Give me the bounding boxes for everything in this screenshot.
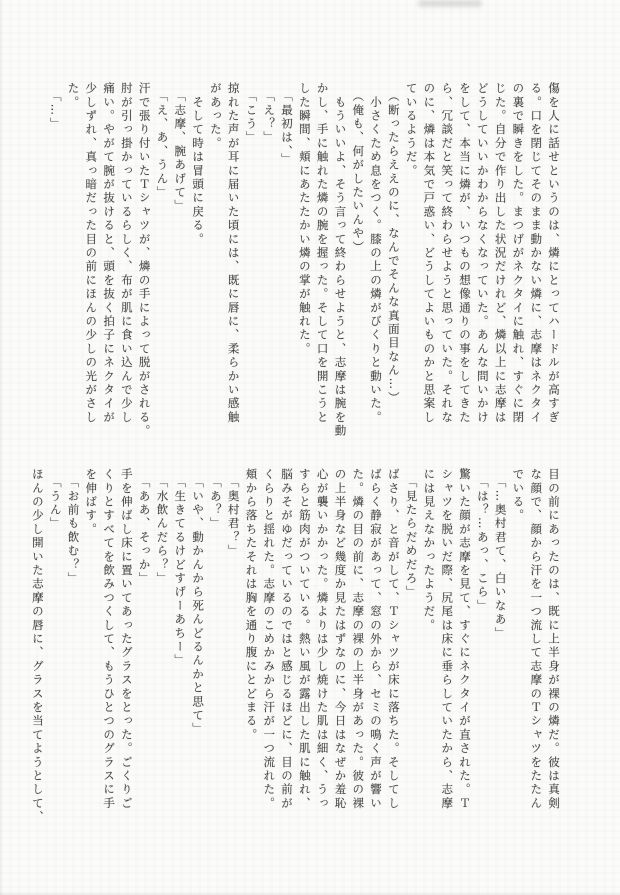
scan-edge-shadow-bottom: [0, 891, 620, 895]
text-column: をして、本当に燐が、いつもの想像通りの事をしてきた: [455, 82, 473, 460]
text-column: くらりと揺れた。志摩のこめかみから汗が一つ流れた。: [259, 468, 277, 846]
text-column: くりとすべてを飲みつくして、もうひとつのグラスに手: [99, 468, 117, 846]
text-column: 「最初は、」: [277, 82, 295, 460]
text-column: ほんの少し開いた志摩の唇に、グラスを当てようとして、: [28, 468, 46, 846]
text-column: 肘が引っ掛かっているらしく、布が肌に食い込んで少し: [117, 82, 135, 460]
text-column: 「水飲んだら？」: [153, 468, 171, 846]
text-column: の裏で瞬きをした。まつげがネクタイに触れ、すぐに閉: [509, 82, 527, 460]
text-column: 「お前も飲む？」: [64, 468, 82, 846]
text-column: の上半身など幾度か見たはずなのに、今日はなぜか羞恥: [331, 468, 349, 846]
text-column: 「ああ、そっか」: [135, 468, 153, 846]
text-column: 「こう」: [242, 82, 260, 460]
text-column: 「奥村君？」: [224, 468, 242, 846]
text-column: ら、冗談だと笑って終わらせようと思っていた。それな: [437, 82, 455, 460]
text-column: た。燐の目の前に、志摩の裸の上半身があった。彼の裸: [348, 468, 366, 846]
text-column: 「いや、動かんから死んどるんかと思て」: [188, 468, 206, 846]
text-column: 「え、あ、うん」: [153, 82, 171, 460]
text-column: には見えなかったようだ。: [420, 468, 438, 846]
text-column: 驚いた顔が志摩を見て、すぐにネクタイが直された。Ｔ: [455, 468, 473, 846]
text-column: ばさり、と音がして、Ｔシャツが床に落ちた。そしてし: [384, 468, 402, 846]
text-block-scene-2: 目の前にあったのは、既に上半身が裸の燐だ。彼は真剣な顔で、顔から汗を一つ流して志…: [28, 468, 562, 846]
text-column: 「志摩、腕あげて」: [170, 82, 188, 460]
text-column: 「見たらだめだろ」: [402, 468, 420, 846]
text-column: （俺も、何がしたいんや）: [348, 82, 366, 460]
text-column: （断ったらええのに、なんでそんな真面目なん…）: [384, 82, 402, 460]
text-column: る。口を閉じてそのまま動かない燐に、志摩はネクタイ: [526, 82, 544, 460]
text-column: 小さくため息をつく。膝の上の燐がびくりと動いた。: [366, 82, 384, 460]
text-column: でいる。: [509, 468, 527, 846]
text-column: 少しずれ、真っ暗だった目の前にほんの少しの光がさし: [81, 82, 99, 460]
text-column: 傷を人に話せというのは、燐にとってハードルが高すぎ: [544, 82, 562, 460]
text-column: ているようだ。: [402, 82, 420, 460]
text-block-scene-1: 傷を人に話せというのは、燐にとってハードルが高すぎる。口を閉じてそのまま動かない…: [46, 82, 562, 460]
text-column: 掠れた声が耳に届いた頃には、既に唇に、柔らかい感触: [224, 82, 242, 460]
text-column: もういいよ、そう言って終わらせようと、志摩は腕を動: [331, 82, 349, 460]
text-column: かし、手に触れた燐の腕を握った。そして口を開こうと: [313, 82, 331, 460]
text-column: じた。自分で作り出した状況だけれど、燐以上に志摩は: [491, 82, 509, 460]
text-column: た。: [64, 82, 82, 460]
text-column: 頬から落ちたそれは胸を通り腹にとどまる。: [242, 468, 260, 846]
text-column: 「え？」: [259, 82, 277, 460]
text-column: 手を伸ばし床に置いてあったグラスをとった。ごくりご: [117, 468, 135, 846]
text-column: のに、燐は本気で戸惑い、どうしてよいものかと思案し: [420, 82, 438, 460]
text-column: すらと筋肉がついている。熱い風が露出した肌に触れ、: [295, 468, 313, 846]
text-column: した瞬間、頬にあたたかい燐の掌が触れた。: [295, 82, 313, 460]
text-column: 痛い。やがて腕が抜けると、頭を抜く拍子にネクタイが: [99, 82, 117, 460]
text-column: 「うん」: [46, 468, 64, 846]
text-column: な顔で、顔から汗を一つ流して志摩のＴシャツをたたん: [526, 468, 544, 846]
text-column: どうしていいかわからなくなっていた。あんな問いかけ: [473, 82, 491, 460]
scan-edge-shadow-left: [0, 0, 3, 895]
text-column: ばらく静寂があって、窓の外から、セミの鳴く声が響い: [366, 468, 384, 846]
text-column: 汗で張り付いたＴシャツが、燐の手によって脱がされる。: [135, 82, 153, 460]
text-column: 「生きてるけどすげーあちー」: [170, 468, 188, 846]
scan-smudge: [418, 0, 482, 7]
text-column: 脳みそがゆだっているのではと感じるほどに、目の前が: [277, 468, 295, 846]
text-column: 「は？…あっ、こら」: [473, 468, 491, 846]
text-column: 「あ？」: [206, 468, 224, 846]
text-column: を伸ばす。: [81, 468, 99, 846]
text-column: 目の前にあったのは、既に上半身が裸の燐だ。彼は真剣: [544, 468, 562, 846]
text-column: シャツを脱いだ際、尻尾は床に垂らしていたから、志摩: [437, 468, 455, 846]
text-column: 「…奥村君て、白いなあ」: [491, 468, 509, 846]
text-column: そして時は冒頭に戻る。: [188, 82, 206, 460]
text-column: があった。: [206, 82, 224, 460]
text-column: 「…」: [46, 82, 64, 460]
text-column: 心が襲いかかった。燐よりは少し焼けた肌は細く、うっ: [313, 468, 331, 846]
